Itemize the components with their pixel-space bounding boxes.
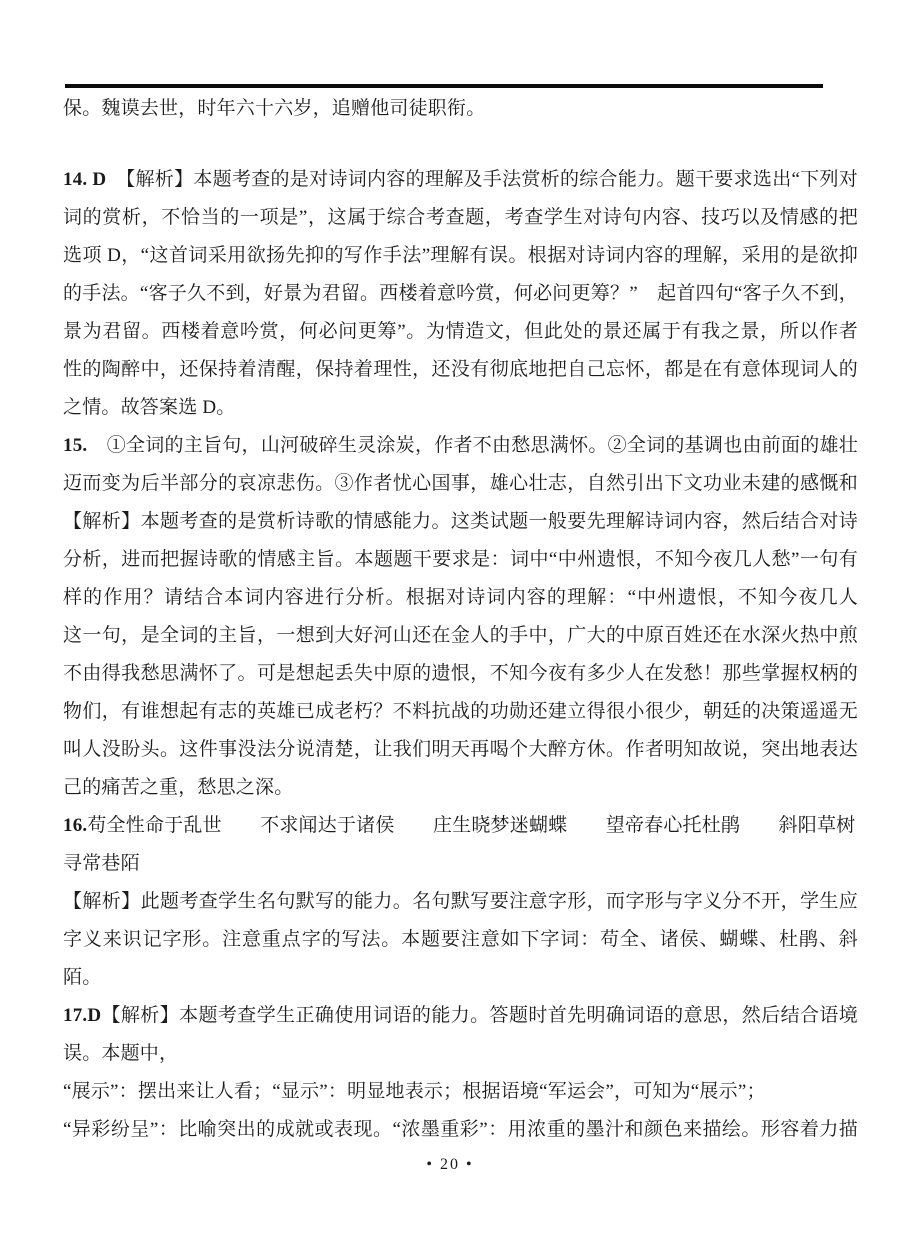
line-text: 【解析】此题考查学生名句默写的能力。名句默写要注意字形，而字形与字义分不开，学生… [63,891,858,921]
line-text: 这一句，是全词的主旨，一想到大好河山还在金人的手中，广大的中原百姓还在水深火热中… [63,625,858,655]
line-text: 物们，有谁想起有志的英雄已成老朽？不料抗战的功勋还建立得很小很少，朝廷的决策遥遥… [63,701,858,731]
line-text: 寻常巷陌 [63,853,140,874]
text-line: “异彩纷呈”：比喻突出的成就或表现。“浓墨重彩”：用浓重的墨汁和颜色来描绘。形容… [63,1111,858,1149]
text-line: 己的痛苦之重，愁思之深。 [63,769,858,807]
line-text: 叫人没盼头。这件事没法分说清楚，让我们明天再喝个大醉方休。作者明知故说，突出地表… [63,739,858,769]
line-marker: 14. D [63,169,106,190]
text-line: 叫人没盼头。这件事没法分说清楚，让我们明天再喝个大醉方休。作者明知故说，突出地表… [63,731,858,769]
text-line: 15. ①全词的主旨句，山河破碎生灵涂炭，作者不由愁思满怀。②全词的基调也由前面… [63,427,858,465]
text-line: 陌。 [63,959,858,997]
text-line: 样的作用？请结合本词内容进行分析。根据对诗词内容的理解：“中州遗恨，不知今夜几人… [63,579,858,617]
text-line: 16.苟全性命于乱世 不求闻达于诸侯 庄生晓梦迷蝴蝶 望帝春心托杜鹃 斜阳草树 [63,807,858,845]
line-text: 陌。 [63,967,101,988]
line-text: 误。本题中， [63,1043,178,1064]
line-text: 选项 D，“这首词采用欲扬先抑的写作手法”理解有误。根据对诗词内容的理解，采用的… [63,245,858,275]
text-line: 保。魏谟去世，时年六十六岁，追赠他司徒职衔。 [63,90,858,128]
line-marker: 17.D [63,1005,101,1026]
page-number: • 20 • [0,1148,900,1182]
line-marker: 15. [63,435,87,456]
text-line: 17.D【解析】本题考查学生正确使用词语的能力。答题时首先明确词语的意思，然后结… [63,997,858,1035]
line-text: 【解析】本题考查的是对诗词内容的理解及手法赏析的综合能力。题干要求选出“下列对这… [63,169,858,199]
line-text: 性的陶醉中，还保持着清醒，保持着理性，还没有彻底地把自己忘怀，都是在有意体现词人… [63,359,858,389]
line-marker: 16. [63,815,87,836]
text-line: 之情。故答案选 D。 [63,389,858,427]
line-text: 保。魏谟去世，时年六十六岁，追赠他司徒职衔。 [63,98,485,119]
document-body: 保。魏谟去世，时年六十六岁，追赠他司徒职衔。14. D 【解析】本题考查的是对诗… [63,90,858,1149]
line-text: 分析，进而把握诗歌的情感主旨。本题题干要求是：词中“中州遗恨，不知今夜几人愁”一… [63,549,858,579]
header-rule [65,84,823,88]
text-line: 的手法。“客子久不到，好景为君留。西楼着意吟赏，何必问更筹？” 起首四句“客子久… [63,275,858,313]
text-line: 字义来识记字形。注意重点字的写法。本题要注意如下字词：苟全、诸侯、蝴蝶、杜鹃、斜… [63,921,858,959]
text-line: 这一句，是全词的主旨，一想到大好河山还在金人的手中，广大的中原百姓还在水深火热中… [63,617,858,655]
line-text: ①全词的主旨句，山河破碎生灵涂炭，作者不由愁思满怀。②全词的基调也由前面的雄壮豪 [63,435,858,465]
text-line: 误。本题中， [63,1035,858,1073]
text-line: 物们，有谁想起有志的英雄已成老朽？不料抗战的功勋还建立得很小很少，朝廷的决策遥遥… [63,693,858,731]
text-line: 14. D 【解析】本题考查的是对诗词内容的理解及手法赏析的综合能力。题干要求选… [63,161,858,199]
text-line: “展示”：摆出来让人看；“显示”：明显地表示；根据语境“军运会”，可知为“展示”… [63,1073,858,1111]
text-line: 景为君留。西楼着意吟赏，何必问更筹”。为情造文，但此处的景还属于有我之景，所以作… [63,313,858,351]
line-text: 不由得我愁思满怀了。可是想起丢失中原的遗恨，不知今夜有多少人在发愁！那些掌握权柄… [63,663,858,693]
text-line: 寻常巷陌 [63,845,858,883]
text-line: 【解析】此题考查学生名句默写的能力。名句默写要注意字形，而字形与字义分不开，学生… [63,883,858,921]
text-line: 分析，进而把握诗歌的情感主旨。本题题干要求是：词中“中州遗恨，不知今夜几人愁”一… [63,541,858,579]
text-line: 词的赏析，不恰当的一项是”，这属于综合考查题，考查学生对诗句内容、技巧以及情感的… [63,199,858,237]
line-text: 之情。故答案选 D。 [63,397,235,418]
line-text: 【解析】本题考查的是赏析诗歌的情感能力。这类试题一般要先理解诗词内容，然后结合对… [63,511,858,541]
text-line: 选项 D，“这首词采用欲扬先抑的写作手法”理解有误。根据对诗词内容的理解，采用的… [63,237,858,275]
line-text: 己的痛苦之重，愁思之深。 [63,777,293,798]
line-text: 样的作用？请结合本词内容进行分析。根据对诗词内容的理解：“中州遗恨，不知今夜几人… [63,587,858,617]
line-text: 【解析】本题考查学生正确使用词语的能力。答题时首先明确词语的意思，然后结合语境辨… [63,1005,858,1035]
text-line: 迈而变为后半部分的哀凉悲伤。③作者忧心国事，雄心壮志，自然引出下文功业未建的感慨… [63,465,858,503]
text-line: 性的陶醉中，还保持着清醒，保持着理性，还没有彻底地把自己忘怀，都是在有意体现词人… [63,351,858,389]
text-line: 不由得我愁思满怀了。可是想起丢失中原的遗恨，不知今夜有多少人在发愁！那些掌握权柄… [63,655,858,693]
line-text: 迈而变为后半部分的哀凉悲伤。③作者忧心国事，雄心壮志，自然引出下文功业未建的感慨… [63,473,858,503]
line-text: 苟全性命于乱世 不求闻达于诸侯 庄生晓梦迷蝴蝶 望帝春心托杜鹃 斜阳草树 [87,815,855,836]
document-page: 保。魏谟去世，时年六十六岁，追赠他司徒职衔。14. D 【解析】本题考查的是对诗… [0,0,900,1246]
line-text: 字义来识记字形。注意重点字的写法。本题要注意如下字词：苟全、诸侯、蝴蝶、杜鹃、斜… [63,929,858,959]
line-text: 景为君留。西楼着意吟赏，何必问更筹”。为情造文，但此处的景还属于有我之景，所以作… [63,321,858,351]
line-text: 的手法。“客子久不到，好景为君留。西楼着意吟赏，何必问更筹？” 起首四句“客子久… [63,283,858,313]
line-text: “展示”：摆出来让人看；“显示”：明显地表示；根据语境“军运会”，可知为“展示”… [63,1081,766,1102]
line-text: “异彩纷呈”：比喻突出的成就或表现。“浓墨重彩”：用浓重的墨汁和颜色来描绘。形容… [63,1119,858,1140]
line-text: 词的赏析，不恰当的一项是”，这属于综合考查题，考查学生对诗句内容、技巧以及情感的… [63,207,858,237]
text-line: 【解析】本题考查的是赏析诗歌的情感能力。这类试题一般要先理解诗词内容，然后结合对… [63,503,858,541]
